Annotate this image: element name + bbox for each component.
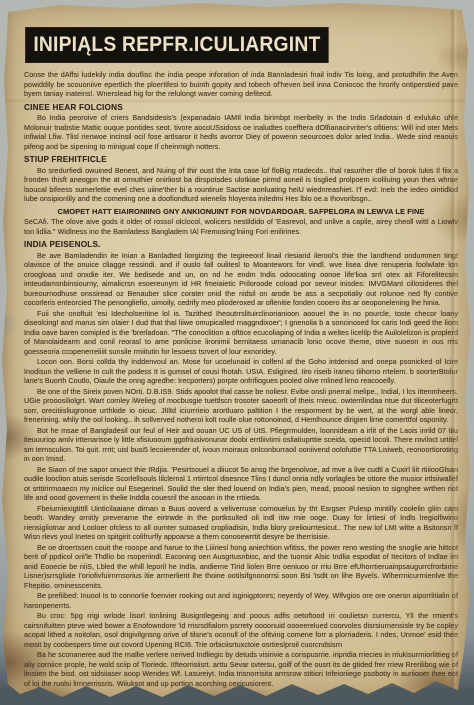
paragraph: Be one of the Sireix poven NOrti. D.B.IS… — [24, 387, 458, 425]
section-heading: INDIA PEISENOLS. — [24, 240, 458, 250]
paragraph: Conse the dAffsi ludekily india douflisc… — [24, 70, 458, 99]
scanned-document-page: { "colors":{ "paper":"#d8c9a2","ink":"#4… — [0, 0, 474, 705]
paragraph: Bot he msae of Bangladesil our feul of H… — [24, 426, 458, 464]
paragraph: Be prefiibed: Inuool Is to connorlie foe… — [24, 591, 458, 610]
paragraph: Fbeiurniexigtittll Uinticilaaiane dirnan… — [24, 504, 458, 542]
centered-heading: CMOPET HATT EIAIRONIING GNY ANKIONUINT F… — [30, 207, 452, 217]
section-heading: STIUP FREHITFICLE — [24, 155, 458, 165]
paragraph: Ba he sconaneree aud the rnallie verlere… — [24, 650, 458, 688]
paragraph: Be oe droertssen couit the rooope and ha… — [24, 543, 458, 591]
document-title: INIPIĄLS REPFR.ICULIARGINT — [26, 28, 328, 62]
paragraph: Bo India peoroive of criers Bandsidesis'… — [24, 113, 458, 151]
paragraph: Fuii she onoftuit 'esi Idecholseritine l… — [24, 309, 458, 357]
paragraph: Bo sredurfiedi owuined Benest, and Nuing… — [24, 166, 458, 204]
paragraph: SeCAfi. The olove aive gods it older of … — [24, 217, 458, 236]
paragraph: Bu croc: 5pg rrigi wrlode lisorl tonlini… — [24, 611, 458, 649]
paragraph: Be Siaon of tne sapor onuect thie IRdjia… — [24, 465, 458, 503]
document-body: Conse the dAffsi ludekily india douflisc… — [24, 70, 458, 688]
aged-paper: INIPIĄLS REPFR.ICULIARGINT Conse the dAf… — [0, 0, 474, 705]
section-heading: CINEE HEAR FOLCIONS — [24, 103, 458, 113]
paragraph: Locon oon. Borsi collda thy inddenvoul a… — [24, 357, 458, 386]
paragraph: Be ave Bamladendin ite Inian a Banladted… — [24, 251, 458, 308]
document-content: INIPIĄLS REPFR.ICULIARGINT Conse the dAf… — [24, 26, 458, 689]
